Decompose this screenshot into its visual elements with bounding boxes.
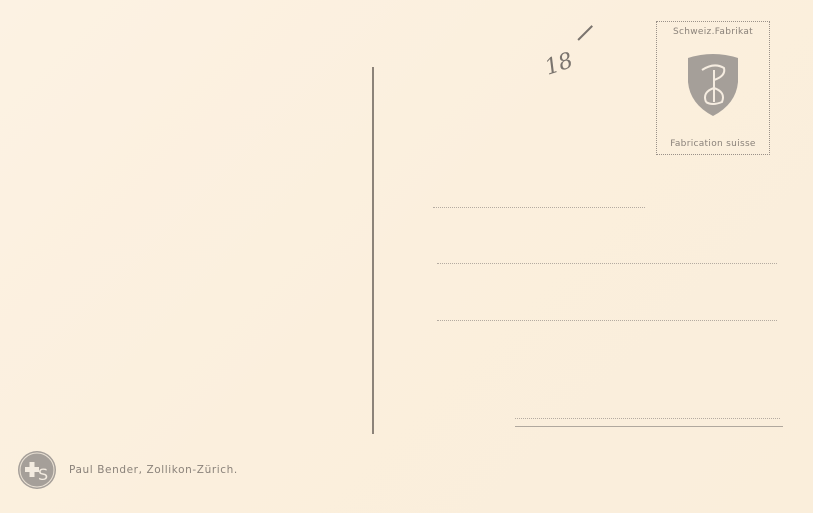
center-divider-line bbox=[372, 67, 374, 434]
stamp-top-text: Schweiz.Fabrikat bbox=[657, 27, 769, 37]
handwritten-note: 18 bbox=[542, 48, 576, 80]
address-line-1 bbox=[433, 207, 645, 208]
stamp-box: Schweiz.Fabrikat Fabrication suisse bbox=[656, 21, 770, 155]
postcard-back: Schweiz.Fabrikat Fabrication suisse 18 S… bbox=[0, 0, 813, 513]
address-line-3 bbox=[437, 320, 777, 321]
stamp-bottom-text: Fabrication suisse bbox=[657, 139, 769, 149]
handwritten-tick bbox=[577, 25, 592, 40]
publisher-logo-icon: S bbox=[18, 451, 56, 489]
address-line-4 bbox=[515, 418, 780, 419]
address-underline bbox=[515, 426, 783, 427]
publisher-text: Paul Bender, Zollikon-Zürich. bbox=[69, 464, 238, 476]
publisher-imprint: S Paul Bender, Zollikon-Zürich. bbox=[18, 451, 238, 489]
address-line-2 bbox=[437, 263, 777, 264]
shield-monogram-icon bbox=[686, 52, 740, 118]
svg-text:S: S bbox=[38, 465, 48, 484]
